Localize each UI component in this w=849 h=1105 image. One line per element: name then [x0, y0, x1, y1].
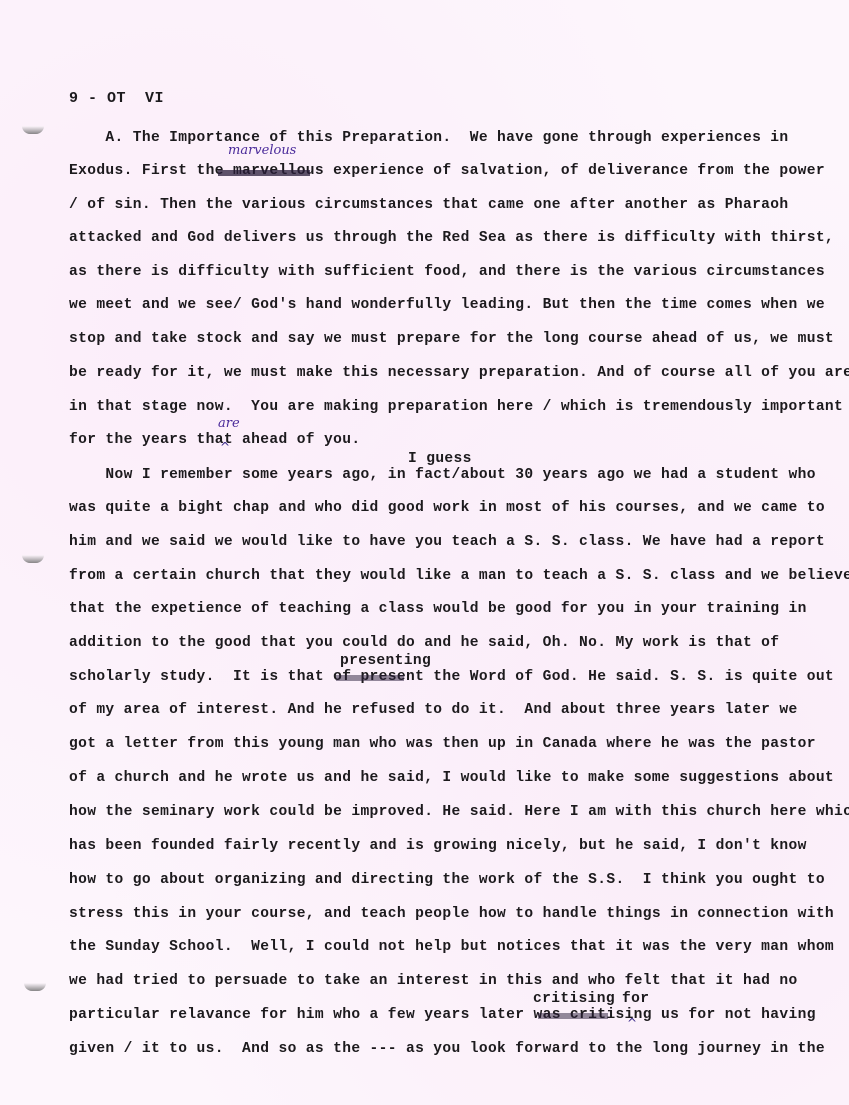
text-line: was quite a bight chap and who did good … — [69, 500, 825, 516]
text-line: scholarly study. It is that of present t… — [69, 669, 834, 685]
text-line: how the seminary work could be improved.… — [69, 804, 849, 820]
text-line: we meet and we see/ God's hand wonderful… — [69, 297, 825, 313]
typed-insertion: critising — [533, 991, 615, 1007]
text-line: of my area of interest. And he refused t… — [69, 702, 798, 718]
text-line: be ready for it, we must make this neces… — [69, 365, 849, 381]
text-line: stop and take stock and say we must prep… — [69, 331, 834, 347]
text-line: in that stage now. You are making prepar… — [69, 399, 843, 415]
text-line: Now I remember some years ago, in fact/a… — [69, 467, 816, 483]
binder-hole-mark — [22, 126, 44, 134]
typed-insertion: I guess — [408, 451, 472, 467]
text-line: got a letter from this young man who was… — [69, 736, 816, 752]
text-line: A. The Importance of this Preparation. W… — [69, 130, 789, 146]
text-line: Exodus. First the marvellous experience … — [69, 163, 825, 179]
text-line: from a certain church that they would li… — [69, 568, 849, 584]
binder-hole-mark — [22, 555, 44, 563]
text-line: of a church and he wrote us and he said,… — [69, 770, 834, 786]
text-line: the Sunday School. Well, I could not hel… — [69, 939, 834, 955]
typed-insertion: presenting — [340, 653, 431, 669]
text-line: has been founded fairly recently and is … — [69, 838, 807, 854]
text-line: that the expetience of teaching a class … — [69, 601, 807, 617]
text-line: addition to the good that you could do a… — [69, 635, 779, 651]
text-line: him and we said we would like to have yo… — [69, 534, 825, 550]
binder-hole-mark — [24, 983, 46, 991]
strikethrough-mark — [218, 170, 310, 176]
strikethrough-mark — [538, 1013, 608, 1019]
insertion-caret-icon: ^ — [627, 1016, 637, 1030]
text-line: attacked and God delivers us through the… — [69, 230, 834, 246]
document-page: 9 - OT VI A. The Importance of this Prep… — [0, 0, 849, 1105]
typed-insertion: for — [622, 991, 649, 1007]
insertion-caret-icon: ^ — [220, 440, 230, 454]
page-header: 9 - OT VI — [69, 90, 164, 107]
handwritten-insertion: marvelous — [228, 143, 296, 158]
strikethrough-mark — [336, 675, 404, 681]
text-line: stress this in your course, and teach pe… — [69, 906, 834, 922]
text-line: / of sin. Then the various circumstances… — [69, 197, 789, 213]
text-line: how to go about organizing and directing… — [69, 872, 825, 888]
text-line: given / it to us. And so as the --- as y… — [69, 1041, 825, 1057]
text-line: we had tried to persuade to take an inte… — [69, 973, 798, 989]
text-line: particular relavance for him who a few y… — [69, 1007, 816, 1023]
handwritten-insertion: are — [218, 416, 240, 431]
text-line: for the years that ahead of you. — [69, 432, 360, 448]
text-line: as there is difficulty with sufficient f… — [69, 264, 825, 280]
